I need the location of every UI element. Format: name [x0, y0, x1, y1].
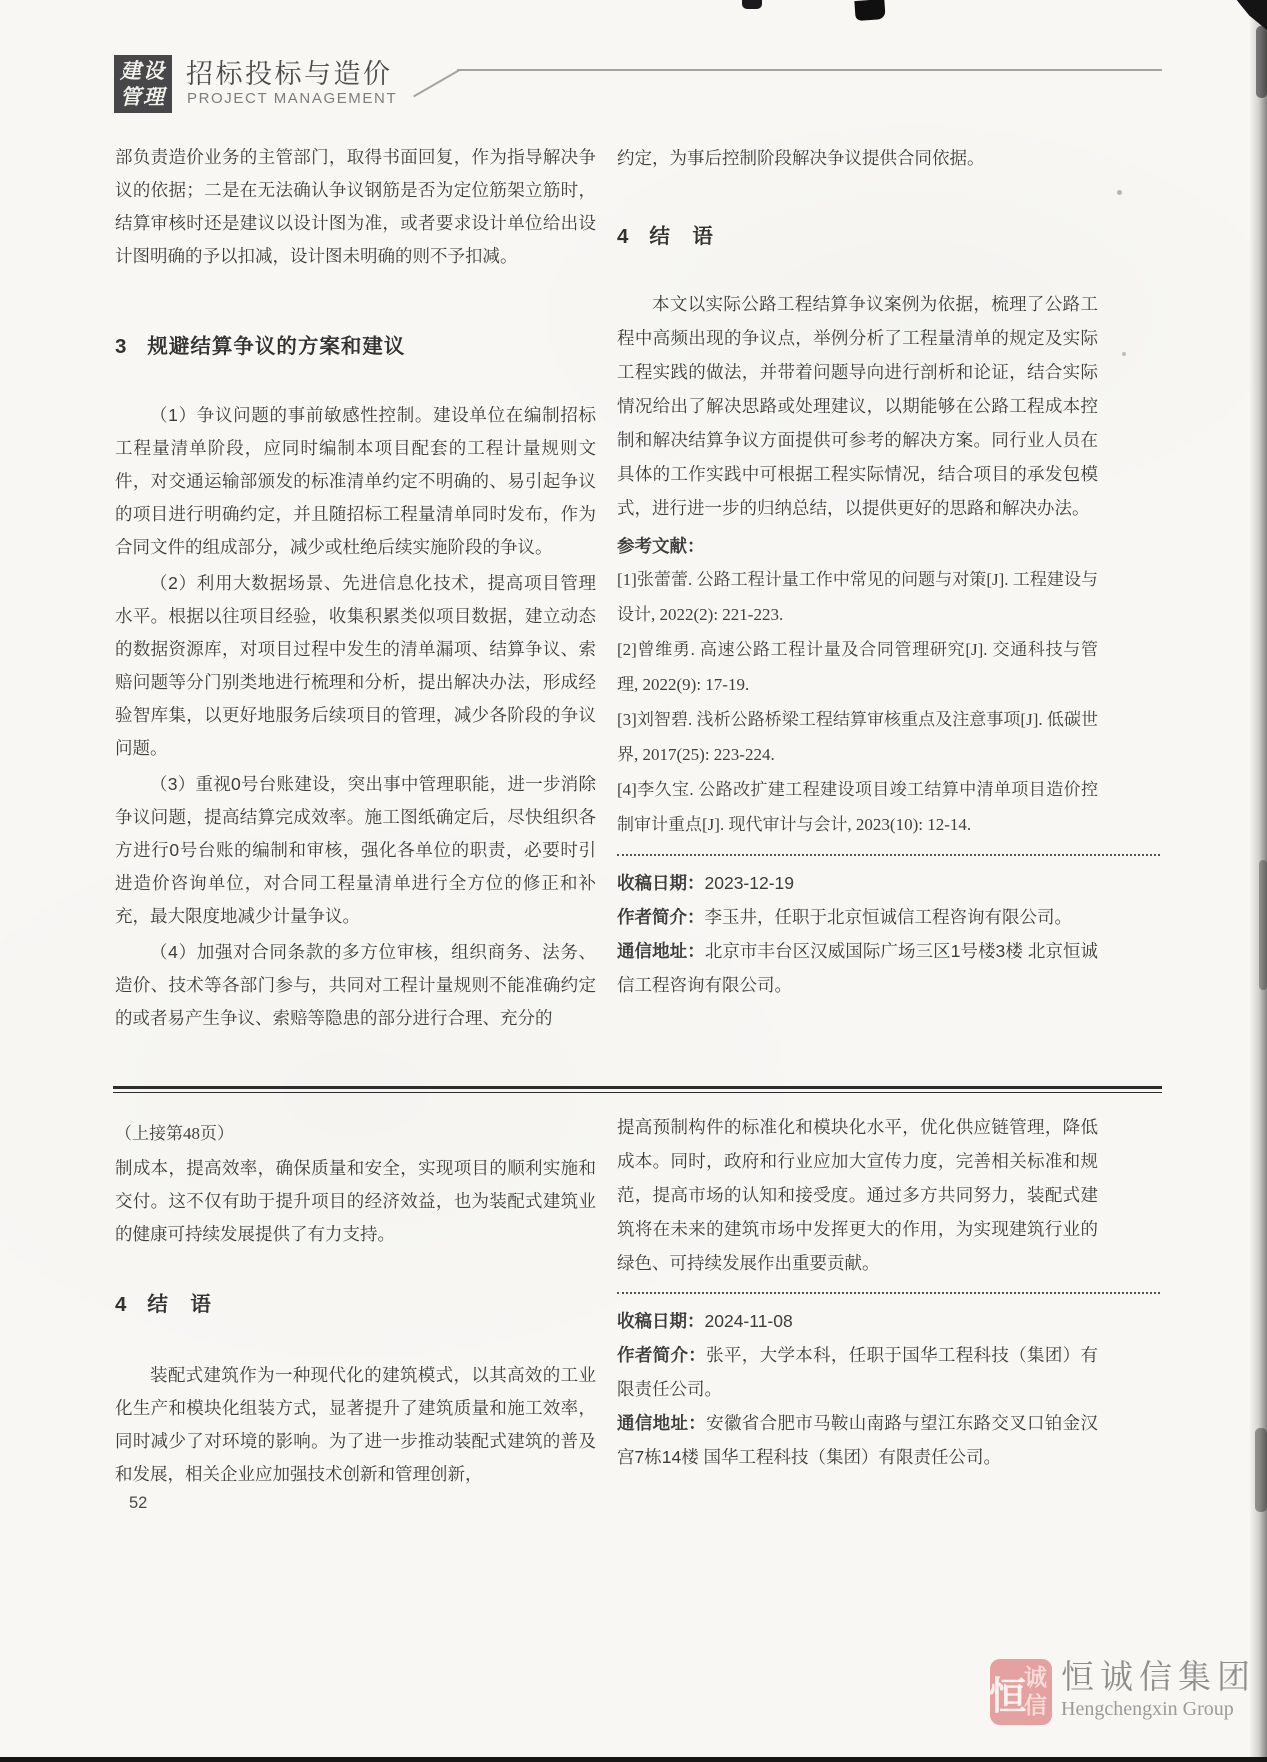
header-rule-diagonal [413, 69, 461, 98]
meta-divider-dotted [617, 1292, 1160, 1294]
section-title: 规避结算争议的方案和建议 [147, 335, 405, 358]
article1-suggestion-2: （2）利用大数据场景、先进信息化技术，提高项目管理水平。根据以往项目经验，收集积… [115, 567, 596, 765]
received-value: 2023-12-19 [705, 873, 795, 893]
references-label: 参考文献： [617, 533, 1098, 558]
article1-section4-heading: 4结 语 [617, 219, 1098, 249]
address-label: 通信地址： [617, 1413, 706, 1433]
received-label: 收稿日期： [617, 873, 705, 893]
received-label: 收稿日期： [617, 1311, 705, 1331]
section-title-cn: 招标投标与造价 [186, 52, 393, 91]
article1-right-continuation: 约定，为事后控制阶段解决争议提供合同依据。 [617, 141, 1098, 175]
journal-page: 建设 管理 招标投标与造价 PROJECT MANAGEMENT 部负责造价业务… [0, 0, 1267, 1762]
reference-3: [3]刘智碧. 浅析公路桥梁工程结算审核重点及注意事项[J]. 低碳世界, 20… [617, 702, 1098, 772]
scan-speck [1122, 352, 1126, 356]
article2-mailing-address: 通信地址：安徽省合肥市马鞍山南路与望江东路交叉口铂金汉宫7栋14楼 国华工程科技… [617, 1406, 1098, 1474]
received-value: 2024-11-08 [705, 1311, 793, 1331]
hengchengxin-stamp-icon: 恒 诚 信 [990, 1659, 1052, 1725]
section-number: 3 [115, 335, 127, 358]
article2-right-paragraph: 提高预制构件的标准化和模块化水平，优化供应链管理，降低成本。同时，政府和行业应加… [617, 1110, 1098, 1280]
journal-logo: 建设 管理 [114, 55, 172, 113]
article1-conclusion: 本文以实际公路工程结算争议案例为依据，梳理了公路工程中高频出现的争议点，举例分析… [617, 287, 1098, 525]
article2-paragraph-1: 制成本，提高效率，确保质量和安全，实现项目的顺利实施和交付。这不仅有助于提升项目… [115, 1152, 596, 1251]
article2-author-bio: 作者简介：张平，大学本科，任职于国华工程科技（集团）有限责任公司。 [617, 1338, 1098, 1406]
article1-mailing-address: 通信地址：北京市丰台区汉威国际广场三区1号楼3楼 北京恒诚信工程咨询有限公司。 [617, 934, 1098, 1002]
stamp-char-right-top: 诚 [1024, 1664, 1047, 1692]
page-number: 52 [129, 1494, 147, 1513]
publisher-logo: 恒 诚 信 恒诚信集团 Hengchengxin Group [990, 1659, 1256, 1725]
publisher-name-cn: 恒诚信集团 [1061, 1659, 1256, 1697]
scan-top-mark [854, 0, 885, 21]
article1-right-column: 约定，为事后控制阶段解决争议提供合同依据。 4结 语 本文以实际公路工程结算争议… [617, 141, 1098, 1002]
article1-suggestion-3: （3）重视0号台账建设，突出事中管理职能，进一步消除争议问题，提高结算完成效率。… [115, 768, 596, 933]
section-title-en: PROJECT MANAGEMENT [187, 90, 397, 107]
scan-blotch [1259, 860, 1267, 990]
article2-paragraph-2: 装配式建筑作为一种现代化的建筑模式，以其高效的工业化生产和模块化组装方式，显著提… [115, 1359, 596, 1491]
scan-blotch [1256, 26, 1267, 98]
article2-continued-note: （上接第48页） [115, 1119, 596, 1144]
address-label: 通信地址： [617, 941, 705, 961]
journal-logo-line2: 管理 [120, 84, 166, 110]
article2-left-column: （上接第48页） 制成本，提高效率，确保质量和安全，实现项目的顺利实施和交付。这… [115, 1119, 596, 1491]
article2-section4-heading: 4结 语 [115, 1287, 596, 1317]
section-number: 4 [115, 1293, 127, 1316]
header-rule-horizontal [457, 69, 1162, 71]
stamp-char-right-bottom: 信 [1024, 1692, 1047, 1720]
stamp-char-right: 诚 信 [1022, 1662, 1049, 1722]
article1-author-bio: 作者简介：李玉井，任职于北京恒诚信工程咨询有限公司。 [617, 900, 1098, 934]
article1-received-date: 收稿日期：2023-12-19 [617, 866, 1098, 900]
article1-section3-heading: 3规避结算争议的方案和建议 [115, 329, 596, 359]
journal-logo-line1: 建设 [120, 58, 166, 84]
article1-left-column: 部负责造价业务的主管部门，取得书面回复，作为指导解决争议的依据；二是在无法确认争… [115, 141, 596, 1038]
publisher-name-en: Hengchengxin Group [1061, 1698, 1256, 1721]
article-divider-rule [113, 1086, 1162, 1093]
scan-speck [1117, 190, 1122, 195]
publisher-logo-text: 恒诚信集团 Hengchengxin Group [1061, 1659, 1256, 1721]
article2-right-column: 提高预制构件的标准化和模块化水平，优化供应链管理，降低成本。同时，政府和行业应加… [617, 1110, 1098, 1474]
author-label: 作者简介： [617, 1345, 706, 1365]
section-number: 4 [617, 225, 629, 248]
article2-received-date: 收稿日期：2024-11-08 [617, 1304, 1098, 1338]
article1-suggestion-4: （4）加强对合同条款的多方位审核，组织商务、法务、造价、技术等各部门参与，共同对… [115, 936, 596, 1035]
scan-bottom-edge [0, 1757, 1267, 1762]
article1-suggestion-1: （1）争议问题的事前敏感性控制。建设单位在编制招标工程量清单阶段，应同时编制本项… [115, 399, 596, 564]
section-title: 结 语 [147, 1293, 212, 1316]
scan-blotch [1255, 1428, 1267, 1512]
author-value: 李玉井，任职于北京恒诚信工程咨询有限公司。 [705, 907, 1073, 927]
article1-continuation-paragraph: 部负责造价业务的主管部门，取得书面回复，作为指导解决争议的依据；二是在无法确认争… [115, 141, 596, 273]
stamp-char-left: 恒 [993, 1662, 1022, 1722]
scan-top-mark [742, 0, 762, 9]
author-label: 作者简介： [617, 907, 705, 927]
reference-4: [4]李久宝. 公路改扩建工程建设项目竣工结算中清单项目造价控制审计重点[J].… [617, 772, 1098, 842]
reference-2: [2]曾维勇. 高速公路工程计量及合同管理研究[J]. 交通科技与管理, 202… [617, 632, 1098, 702]
meta-divider-dotted [617, 854, 1160, 856]
section-title: 结 语 [649, 225, 714, 248]
reference-1: [1]张蕾蕾. 公路工程计量工作中常见的问题与对策[J]. 工程建设与设计, 2… [617, 562, 1098, 632]
